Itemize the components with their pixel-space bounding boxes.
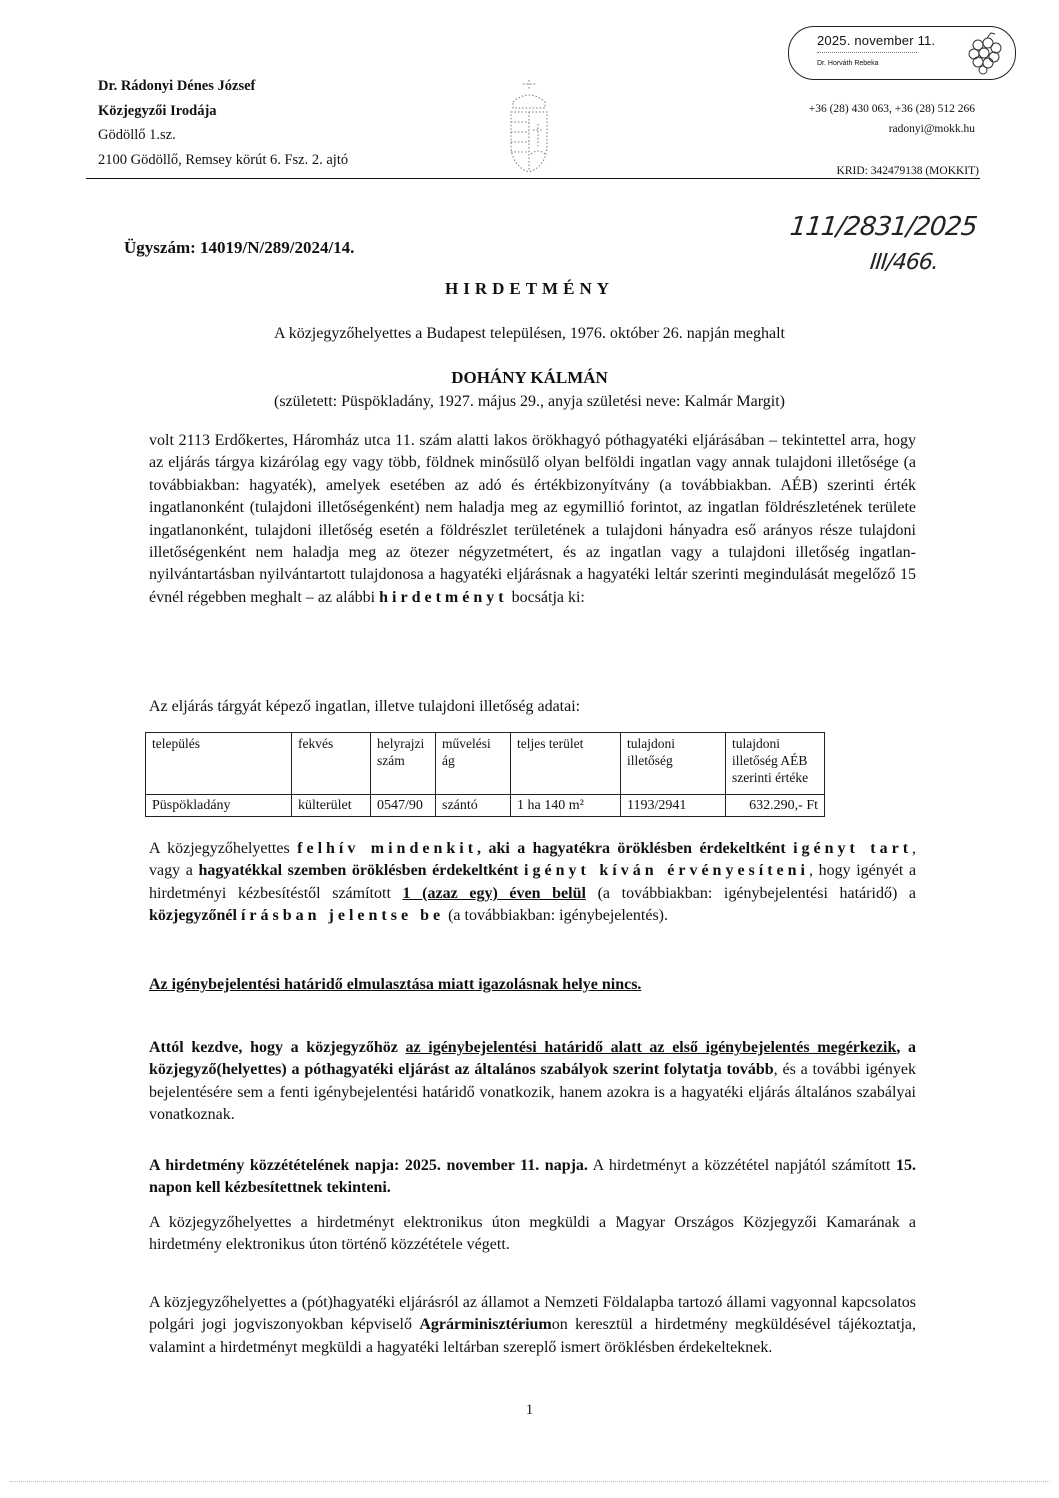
deceased-name: DOHÁNY KÁLMÁN: [0, 368, 1059, 388]
scan-artifact-line: [10, 1481, 1050, 1482]
contact-info: +36 (28) 430 063, +36 (28) 512 266 radon…: [809, 99, 975, 139]
handwritten-registry-number: 111/2831/2025: [788, 212, 978, 242]
paragraph-procedure: volt 2113 Erdőkertes, Háromház utca 11. …: [149, 430, 916, 609]
office-seat: Gödöllő 1.sz.: [98, 123, 348, 148]
phone-numbers: +36 (28) 430 063, +36 (28) 512 266: [809, 99, 975, 119]
stamp-date: 2025. november 11.: [817, 33, 935, 48]
intro-line: A közjegyzőhelyettes a Budapest települé…: [0, 325, 1059, 343]
hungarian-coat-of-arms-icon: [505, 80, 553, 174]
th-teljes-terulet: teljes terület: [511, 733, 621, 795]
paragraph-publication-date: A hirdetmény közzétételének napja: 2025.…: [149, 1155, 916, 1200]
deceased-birth-info: (született: Püspökladány, 1927. május 29…: [0, 393, 1059, 411]
paragraph-no-excuse: Az igénybejelentési határidő elmulasztás…: [149, 974, 916, 996]
stamp-name: Dr. Horváth Rebeka: [817, 60, 878, 67]
table-row: Püspökladány külterület 0547/90 szántó 1…: [146, 795, 825, 817]
property-table: település fekvés helyrajzi szám művelési…: [145, 732, 825, 817]
th-helyrajzi-szam: helyrajzi szám: [371, 733, 436, 795]
office-type: Közjegyzői Irodája: [98, 99, 348, 124]
stamp-signature-line: [817, 52, 917, 53]
th-fekves: fekvés: [292, 733, 371, 795]
office-header: Dr. Rádonyi Dénes József Közjegyzői Irod…: [98, 74, 348, 172]
document-title: HIRDETMÉNY: [0, 279, 1059, 299]
no-excuse-notice: Az igénybejelentési határidő elmulasztás…: [149, 976, 641, 993]
email-address: radonyi@mokk.hu: [809, 119, 975, 139]
td-muvelesi-ag: szántó: [436, 795, 511, 817]
case-number: Ügyszám: 14019/N/289/2024/14.: [124, 238, 354, 258]
td-helyrajzi-szam: 0547/90: [371, 795, 436, 817]
th-telepules: település: [146, 733, 292, 795]
paragraph-ministry-notice: A közjegyzőhelyettes a (pót)hagyatéki el…: [149, 1292, 916, 1359]
td-fekves: külterület: [292, 795, 371, 817]
th-aeb-ertek: tulajdoni illetőség AÉB szerinti értéke: [726, 733, 825, 795]
grapes-seal-icon: [963, 31, 1007, 75]
deadline-underlined: 1 (azaz egy) éven belül: [403, 885, 586, 902]
paragraph-electronic-publication: A közjegyzőhelyettes a hirdetményt elekt…: [149, 1212, 916, 1257]
received-stamp: 2025. november 11. Dr. Horváth Rebeka: [788, 26, 1016, 80]
krid-id: KRID: 342479138 (MOKKIT): [837, 165, 979, 177]
header-divider: [86, 178, 980, 179]
table-header-row: település fekvés helyrajzi szám művelési…: [146, 733, 825, 795]
td-tulajdoni-illetoseg: 1193/2941: [621, 795, 726, 817]
paragraph-call-for-claims: A közjegyzőhelyettes felhív mindenkit, a…: [149, 838, 916, 928]
emphasis-hirdetmenyt: hirdetményt: [379, 589, 507, 606]
td-aeb-ertek: 632.290,- Ft: [726, 795, 825, 817]
handwritten-file-number: III/466.: [869, 250, 940, 275]
paragraph-first-claim: Attól kezdve, hogy a közjegyzőhöz az igé…: [149, 1037, 916, 1127]
office-name: Dr. Rádonyi Dénes József: [98, 74, 348, 99]
th-muvelesi-ag: művelési ág: [436, 733, 511, 795]
paragraph-property-intro: Az eljárás tárgyát képező ingatlan, ille…: [149, 696, 916, 718]
td-telepules: Püspökladány: [146, 795, 292, 817]
office-address: 2100 Gödöllő, Remsey körút 6. Fsz. 2. aj…: [98, 148, 348, 173]
th-tulajdoni-illetoseg: tulajdoni illetőség: [621, 733, 726, 795]
page-number: 1: [0, 1402, 1059, 1419]
td-teljes-terulet: 1 ha 140 m²: [511, 795, 621, 817]
